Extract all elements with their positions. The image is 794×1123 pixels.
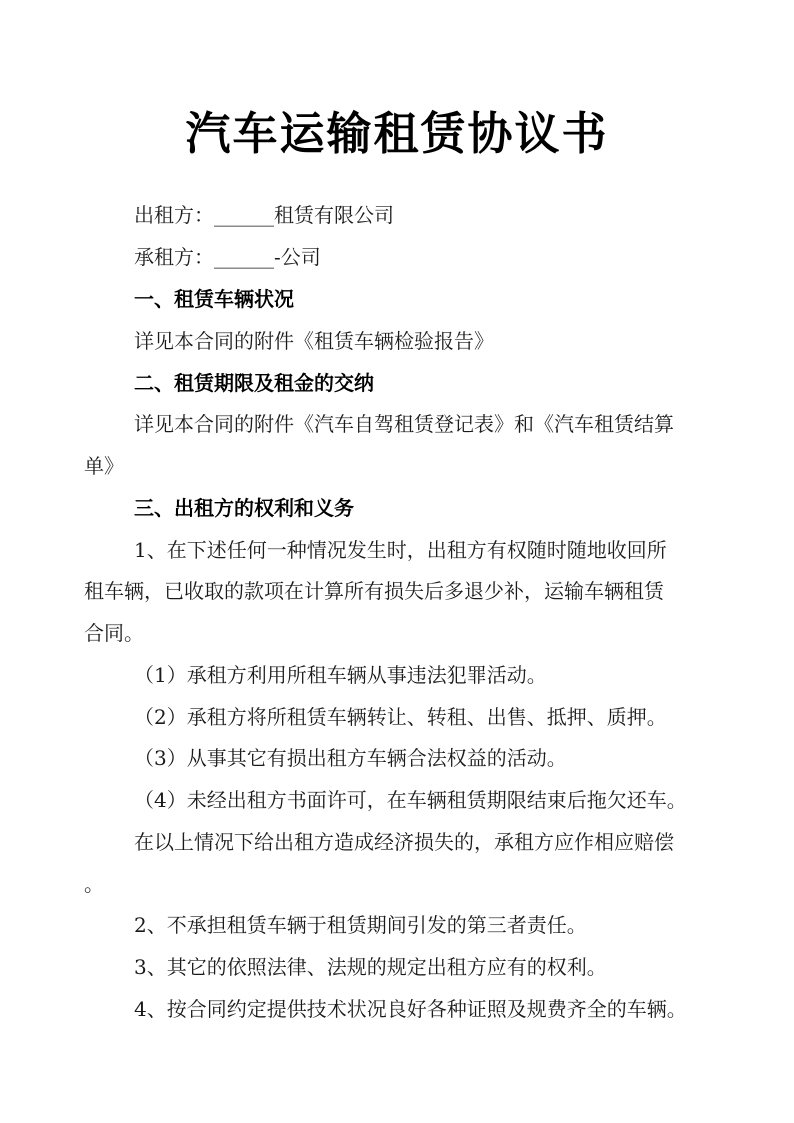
compensation-line-1: 在以上情况下给出租方造成经济损失的，承租方应作相应赔偿	[134, 828, 674, 856]
section-1-heading: 一、租赁车辆状况	[134, 285, 294, 313]
section-1-body: 详见本合同的附件《租赁车辆检验报告》	[134, 327, 494, 355]
compensation-line-2: 。	[84, 870, 104, 898]
section-3-item-2: 2、不承担租赁车辆于租赁期间引发的第三者责任。	[134, 911, 587, 939]
lessor-line: 出租方：______租赁有限公司	[134, 201, 394, 229]
section-3-item-4: 4、按合同约定提供技术状况良好各种证照及规费齐全的车辆。	[134, 995, 687, 1023]
sub-item-1: （1）承租方利用所租车辆从事违法犯罪活动。	[134, 661, 547, 689]
document-title: 汽车运输租赁协议书	[0, 104, 794, 164]
section-3-item-3: 3、其它的依照法律、法规的规定出租方应有的权利。	[134, 953, 607, 981]
sub-item-4: （4）未经出租方书面许可，在车辆租赁期限结束后拖欠还车。	[134, 786, 687, 814]
lessee-line: 承租方：______-公司	[134, 243, 321, 271]
section-3-item-1-line-2: 租车辆，已收取的款项在计算所有损失后多退少补，运输车辆租赁	[84, 577, 664, 605]
section-3-item-1-line-1: 1、在下述任何一种情况发生时，出租方有权随时随地收回所	[134, 536, 667, 564]
section-3-item-1-line-3: 合同。	[84, 619, 144, 647]
section-2-body-line-1: 详见本合同的附件《汽车自驾租赁登记表》和《汽车租赁结算	[134, 410, 674, 438]
sub-item-2: （2）承租方将所租赁车辆转让、转租、出售、抵押、质押。	[134, 703, 667, 731]
section-2-heading: 二、租赁期限及租金的交纳	[134, 369, 374, 397]
section-2-body-line-2: 单》	[84, 452, 124, 480]
sub-item-3: （3）从事其它有损出租方车辆合法权益的活动。	[134, 744, 567, 772]
section-3-heading: 三、出租方的权利和义务	[134, 494, 354, 522]
